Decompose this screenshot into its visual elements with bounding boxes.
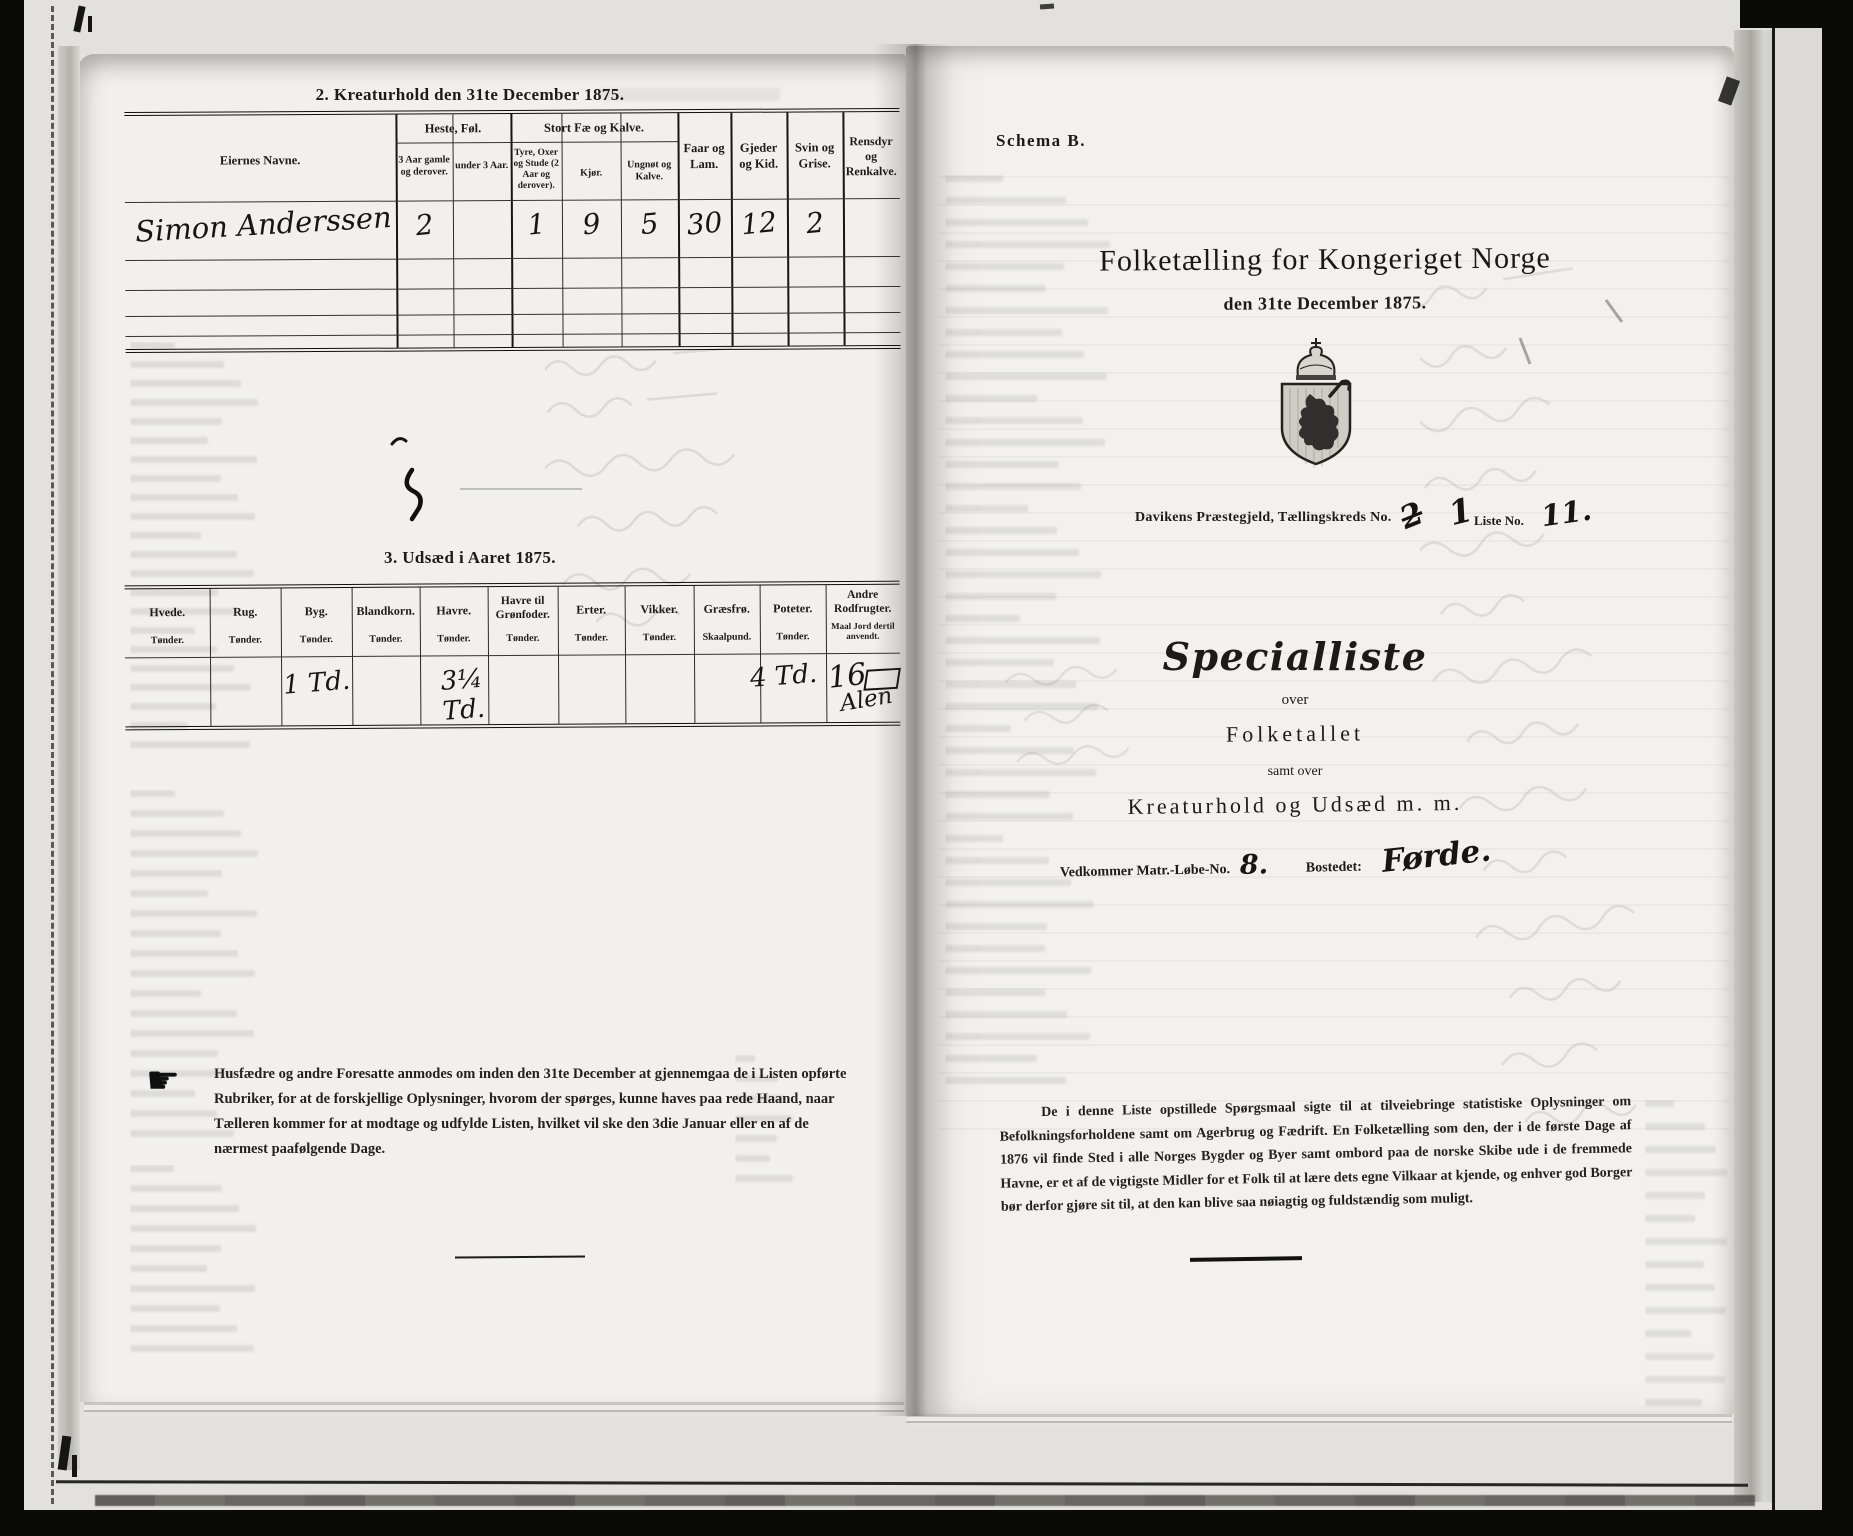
specialliste-heading: Specialliste xyxy=(1065,634,1525,679)
bosted-label: Bostedet: xyxy=(1306,860,1362,877)
col-header-byg: Byg. xyxy=(281,604,352,619)
edge-mark xyxy=(88,16,92,32)
sheep-value: 30 xyxy=(677,205,733,243)
left-edge-line xyxy=(51,6,54,1504)
matrikkel-number: 8. xyxy=(1239,849,1268,881)
col-header-erter: Erter. xyxy=(558,602,625,617)
footnote-text: Husfædre og andre Foresatte anmodes om i… xyxy=(214,1062,914,1162)
unit-label: Tønder. xyxy=(352,634,420,646)
col-header-havre: Havre. xyxy=(420,603,488,618)
schema-label: Schema B. xyxy=(996,131,1086,151)
udsaed-table-title: 3. Udsæd i Aaret 1875. xyxy=(100,548,840,568)
unit-label: Tønder. xyxy=(625,632,694,644)
pigs-value: 2 xyxy=(786,204,845,242)
matrikkel-line: Vedkommer Matr.-Løbe-No. 8. Bostedet: Fø… xyxy=(1059,841,1620,912)
coat-of-arms-icon xyxy=(1270,336,1362,470)
owner-name-value: Simon Anderssen xyxy=(134,200,394,249)
col-header-poteter: Poteter. xyxy=(760,601,826,616)
explanatory-paragraph: De i denne Liste opstillede Spørgsmaal s… xyxy=(999,1090,1633,1219)
liste-label: Liste No. xyxy=(1474,513,1524,529)
group-header-cattle: Stort Fæ og Kalve. xyxy=(510,120,677,136)
page-stack-bottom-left xyxy=(84,1402,904,1416)
poteter-value: 4 Td. xyxy=(740,658,827,694)
col-header-havre-gronfoder: Havre til Grønfoder. xyxy=(488,595,558,623)
district-label: Davikens Præstegjeld, Tællingskreds No. xyxy=(1135,510,1392,526)
footnote-line: Tælleren kommer for at modtage og udfyld… xyxy=(214,1112,914,1137)
matrikkel-label: Vedkommer Matr.-Løbe-No. xyxy=(1060,862,1230,881)
right-edge-line xyxy=(1772,26,1775,1510)
young-cattle-value: 5 xyxy=(620,205,680,243)
right-bed-strip xyxy=(1775,0,1822,1510)
pointing-hand-icon: ☛ xyxy=(146,1058,180,1102)
kreaturhold-table: Eiernes Navne. Heste, Føl. Stort Fæ og K… xyxy=(124,108,900,353)
horses-3yr-value: 2 xyxy=(395,206,455,244)
unit-label: Skaalpund. xyxy=(694,631,760,643)
liste-number: 11. xyxy=(1539,493,1594,534)
unit-label: Tønder. xyxy=(210,634,281,646)
page-stack-left-edge xyxy=(58,46,80,1470)
havre-value: 3¼ Td. xyxy=(418,662,507,728)
table-rule xyxy=(125,653,900,659)
unit-label: Tønder. xyxy=(420,633,488,645)
cows-value: 9 xyxy=(561,205,623,243)
col-header-blandkorn: Blandkorn. xyxy=(352,604,420,619)
col-header-sheep: Faar og Lam. xyxy=(680,141,729,173)
edge-mark xyxy=(1040,4,1054,10)
census-title: Folketælling for Kongeriget Norge xyxy=(960,240,1690,279)
col-header-graesfro: Græsfrø. xyxy=(694,601,760,616)
scanned-census-document: 2. Kreaturhold den 31te December 1875. E… xyxy=(0,0,1853,1536)
col-header-hvede: Hvede. xyxy=(125,605,210,621)
byg-value: 1 Td. xyxy=(280,666,353,701)
col-header-goats: Gjeder og Kid. xyxy=(733,141,785,173)
unit-label: Tønder. xyxy=(281,634,352,646)
samt-over-label: samt over xyxy=(1065,764,1525,780)
sub-header-bulls-oxen: Tyre, Oxer og Stude (2 Aar og derover). xyxy=(513,148,560,192)
page-stack-bottom-right xyxy=(906,1414,1732,1426)
footnote-line: nærmest paafølgende Dage. xyxy=(214,1137,914,1162)
col-header-rodfrugter: Andre Rodfrugter. xyxy=(826,589,900,617)
col-header-owner: Eiernes Navne. xyxy=(125,153,396,170)
footnote-line: Husfædre og andre Foresatte anmodes om i… xyxy=(214,1062,914,1087)
unit-label: Tønder. xyxy=(760,631,826,643)
col-header-vikker: Vikker. xyxy=(625,602,694,617)
bottom-shadow-band xyxy=(95,1495,1755,1506)
bleedthrough-text-column xyxy=(130,1165,260,1365)
col-header-reindeer: Rensdyr og Renkalve. xyxy=(845,134,898,179)
page-stack-right-edge xyxy=(1734,30,1772,1502)
sub-header-young-cattle: Ungnøt og Kalve. xyxy=(623,159,676,183)
folketallet-label: Folketallet xyxy=(1065,719,1525,749)
over-label: over xyxy=(1065,692,1525,709)
kreaturhold-table-title: 2. Kreaturhold den 31te December 1875. xyxy=(100,85,840,105)
sub-header-horses-3yr: 3 Aar gamle og derover. xyxy=(398,154,451,178)
edge-mark xyxy=(72,1455,77,1477)
sub-header-cows: Kjør. xyxy=(564,167,619,179)
udsaed-table: Hvede. Rug. Byg. Blandkorn. Havre. Havre… xyxy=(125,581,901,731)
unit-label: Tønder. xyxy=(488,633,558,645)
unit-label: Tønder. xyxy=(125,635,210,648)
footnote-line: Rubriker, for at de forskjellige Oplysni… xyxy=(214,1087,914,1112)
sub-header-horses-under3: under 3 Aar. xyxy=(455,160,509,172)
table-rule xyxy=(396,141,678,143)
goats-value: 12 xyxy=(730,204,789,242)
col-header-rug: Rug. xyxy=(210,604,281,619)
bulls-value: 1 xyxy=(510,206,564,244)
unit-label: Maal Jord dertil anvendt. xyxy=(826,621,900,642)
col-header-pigs: Svin og Grise. xyxy=(789,140,841,172)
pen-flourish-icon xyxy=(372,428,612,523)
group-header-horses: Heste, Føl. xyxy=(395,121,510,137)
crossed-out-number: 2 xyxy=(1395,495,1428,536)
district-line: Davikens Præstegjeld, Tællingskreds No. … xyxy=(1135,498,1615,562)
top-right-black-corner xyxy=(1740,0,1853,28)
unit-label: Tønder. xyxy=(558,632,625,644)
